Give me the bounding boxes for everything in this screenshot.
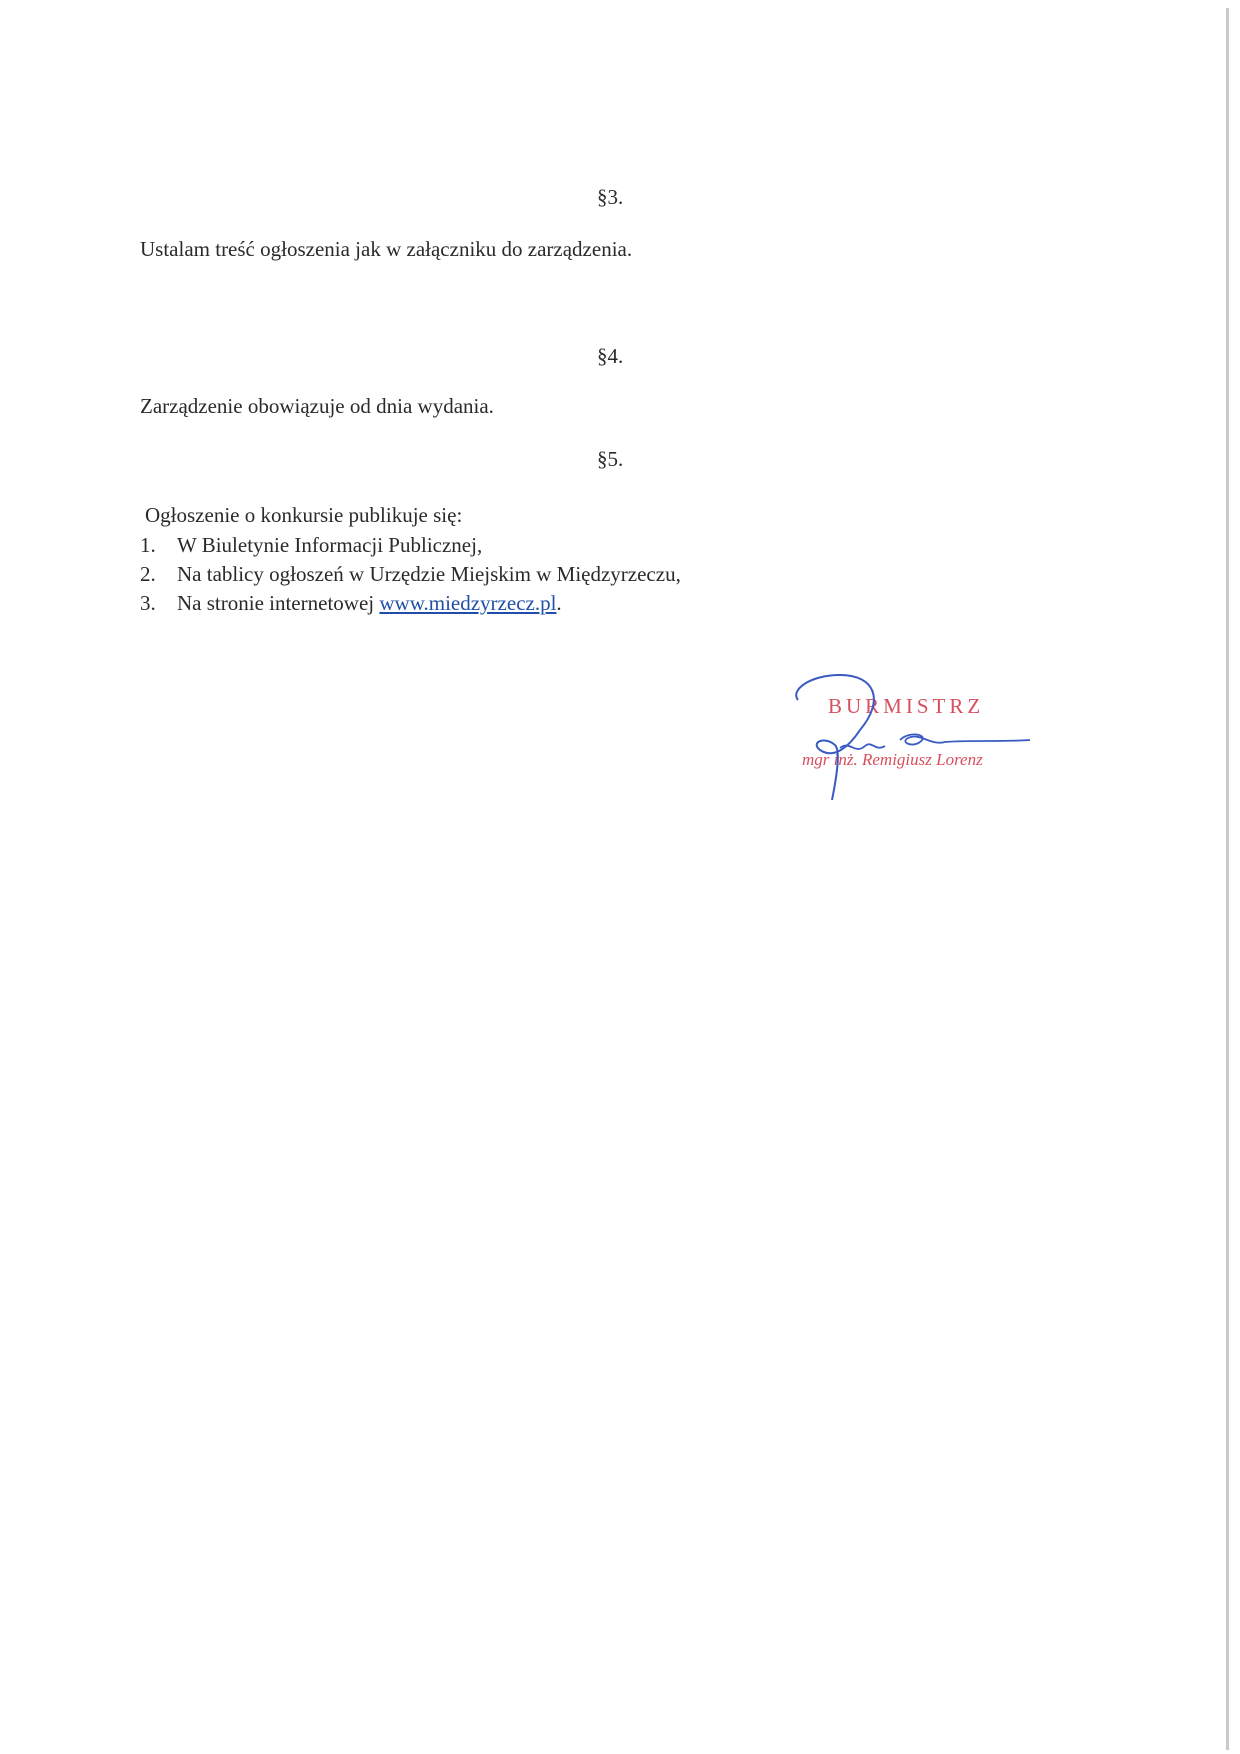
list-item: 1. W Biuletynie Informacji Publicznej, bbox=[140, 531, 681, 560]
list-item-prefix: Na stronie internetowej bbox=[177, 591, 379, 615]
signature-icon bbox=[780, 670, 1040, 800]
section-4-heading: §4. bbox=[597, 344, 623, 368]
publication-list: 1. W Biuletynie Informacji Publicznej, 2… bbox=[140, 531, 681, 618]
section-5-intro: Ogłoszenie o konkursie publikuje się: bbox=[145, 503, 462, 527]
list-item-text: Na tablicy ogłoszeń w Urzędzie Miejskim … bbox=[177, 560, 681, 589]
scan-page-edge bbox=[1226, 8, 1229, 1750]
stamp-title: BURMISTRZ bbox=[828, 694, 984, 719]
list-item-number: 1. bbox=[140, 531, 177, 560]
website-link[interactable]: www.miedzyrzecz.pl bbox=[379, 591, 556, 615]
stamp-name: mgr inż. Remigiusz Lorenz bbox=[802, 750, 983, 770]
list-item-number: 3. bbox=[140, 589, 177, 618]
list-item: 3. Na stronie internetowej www.miedzyrze… bbox=[140, 589, 681, 618]
list-item-text: W Biuletynie Informacji Publicznej, bbox=[177, 531, 482, 560]
list-item-text: Na stronie internetowej www.miedzyrzecz.… bbox=[177, 589, 562, 618]
list-item-number: 2. bbox=[140, 560, 177, 589]
section-4-text: Zarządzenie obowiązuje od dnia wydania. bbox=[140, 394, 494, 418]
list-item: 2. Na tablicy ogłoszeń w Urzędzie Miejsk… bbox=[140, 560, 681, 589]
section-5-heading: §5. bbox=[597, 447, 623, 471]
list-item-suffix: . bbox=[556, 591, 561, 615]
mayor-stamp: BURMISTRZ mgr inż. Remigiusz Lorenz bbox=[780, 670, 1040, 800]
section-3-heading: §3. bbox=[597, 185, 623, 209]
section-3-text: Ustalam treść ogłoszenia jak w załącznik… bbox=[140, 237, 632, 261]
